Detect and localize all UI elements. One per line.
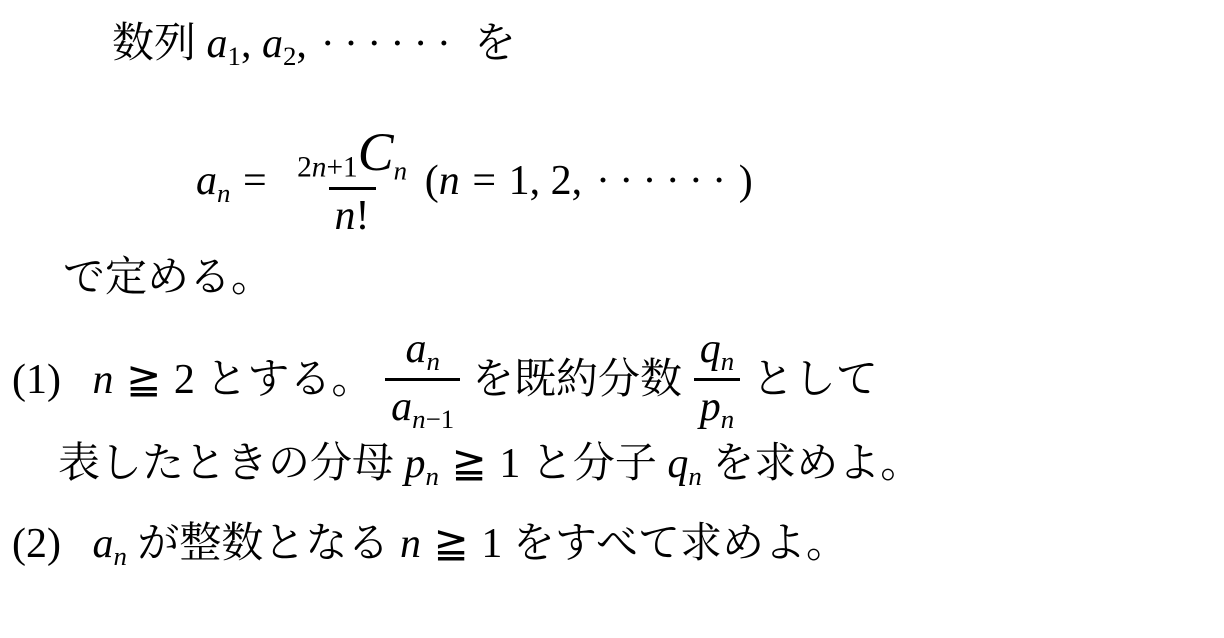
- subscript-n: n: [113, 541, 126, 571]
- item-1-condition: n≧2 とする。: [92, 354, 373, 407]
- values-1-2: 1, 2,: [509, 158, 593, 204]
- item-1-line: (1) n≧2 とする。 an an−1 を既約分数 qn pn として: [12, 324, 878, 436]
- comma: ,: [241, 21, 262, 67]
- fraction-denominator: an−1: [385, 378, 460, 433]
- prescript-n: n: [312, 151, 327, 183]
- subscript-minus-1: −1: [426, 404, 455, 434]
- var-p: p: [405, 441, 426, 487]
- var-a: a: [391, 384, 412, 430]
- definition-closing-line: で定める。: [63, 252, 273, 305]
- toshite-text: として: [752, 354, 878, 407]
- integer-condition-text: が整数となる: [127, 521, 400, 567]
- var-n: n: [335, 193, 356, 239]
- seq-word: 数列: [112, 21, 207, 67]
- subscript-n: n: [217, 178, 230, 208]
- comma: ,: [296, 21, 317, 67]
- number-1: 1: [499, 441, 520, 487]
- subscript-n: n: [426, 346, 439, 376]
- var-q: q: [700, 326, 721, 372]
- item-1-continuation-line: 表したときの分母 pn≧1 と分子 qn を求めよ。: [58, 438, 922, 491]
- item-1-continuation-text: 表したときの分母 pn≧1 と分子 qn を求めよ。: [58, 438, 922, 491]
- particle-wo: を: [463, 21, 516, 67]
- geq-sign: ≧: [452, 438, 487, 491]
- fraction-denominator: pn: [694, 378, 740, 433]
- fraction-an-over-an-minus-1: an an−1: [385, 327, 460, 433]
- formula-lhs: an=: [196, 155, 279, 208]
- var-a: a: [92, 521, 113, 567]
- fraction-numerator: 2n+1Cn: [291, 124, 413, 188]
- numerator-word: と分子: [520, 441, 667, 487]
- subscript-n: n: [688, 461, 701, 491]
- definition-closing-text: で定める。: [63, 252, 273, 305]
- var-n: n: [92, 357, 113, 403]
- math-problem-document: 数列 a1, a2, ······ を an= 2n+1Cn n! (n=1, …: [0, 0, 1224, 638]
- subscript-n: n: [394, 155, 407, 185]
- formula-domain: (n=1, 2, ······): [425, 155, 753, 208]
- fraction-numerator: qn: [694, 327, 740, 378]
- close-paren: ): [739, 158, 753, 204]
- intro-line: 数列 a1, a2, ······ を: [112, 18, 516, 71]
- combination-C: C: [358, 122, 394, 182]
- fraction-numerator: an: [399, 327, 445, 378]
- denominator-word: 表したときの分母: [58, 441, 405, 487]
- var-a: a: [405, 326, 426, 372]
- number-1: 1: [481, 521, 502, 567]
- ellipsis-dots: ······: [596, 155, 735, 208]
- var-q: q: [667, 441, 688, 487]
- subscript-2: 2: [283, 41, 296, 71]
- item-1-number: (1): [12, 354, 61, 407]
- var-a: a: [196, 158, 217, 204]
- irreducible-fraction-text: を既約分数: [472, 354, 682, 407]
- fraction-binomial-over-factorial: 2n+1Cn n!: [291, 124, 413, 239]
- prescript-plus-1: +1: [326, 151, 357, 183]
- fraction-denominator: n!: [329, 187, 376, 238]
- number-2: 2: [174, 357, 195, 403]
- subscript-n: n: [426, 461, 439, 491]
- var-n: n: [439, 158, 460, 204]
- fraction-qn-over-pn: qn pn: [694, 327, 740, 433]
- find-all-text: をすべて求めよ。: [502, 521, 848, 567]
- item-2-text: an が整数となる n≧1 をすべて求めよ。: [92, 518, 848, 571]
- item-2-number: (2): [12, 518, 61, 571]
- subscript-n: n: [721, 346, 734, 376]
- prescript-2: 2: [297, 151, 312, 183]
- var-a: a: [207, 21, 228, 67]
- var-n: n: [400, 521, 421, 567]
- factorial-sign: !: [356, 193, 370, 239]
- subscript-1: 1: [228, 41, 241, 71]
- geq-sign: ≧: [434, 518, 469, 571]
- item-2-line: (2) an が整数となる n≧1 をすべて求めよ。: [12, 518, 848, 571]
- definition-formula: an= 2n+1Cn n! (n=1, 2, ······): [196, 120, 753, 242]
- subscript-n: n: [721, 404, 734, 434]
- subscript-n: n: [412, 404, 425, 434]
- equals-sign: =: [243, 155, 267, 208]
- find-text: を求めよ。: [702, 441, 923, 487]
- var-p: p: [700, 384, 721, 430]
- tosuru-text: とする。: [195, 357, 374, 403]
- ellipsis-dots: ······: [321, 18, 460, 71]
- intro-text: 数列 a1, a2, ······ を: [112, 18, 516, 71]
- var-a: a: [262, 21, 283, 67]
- equals-sign: =: [472, 155, 496, 208]
- open-paren: (: [425, 158, 439, 204]
- geq-sign: ≧: [126, 354, 161, 407]
